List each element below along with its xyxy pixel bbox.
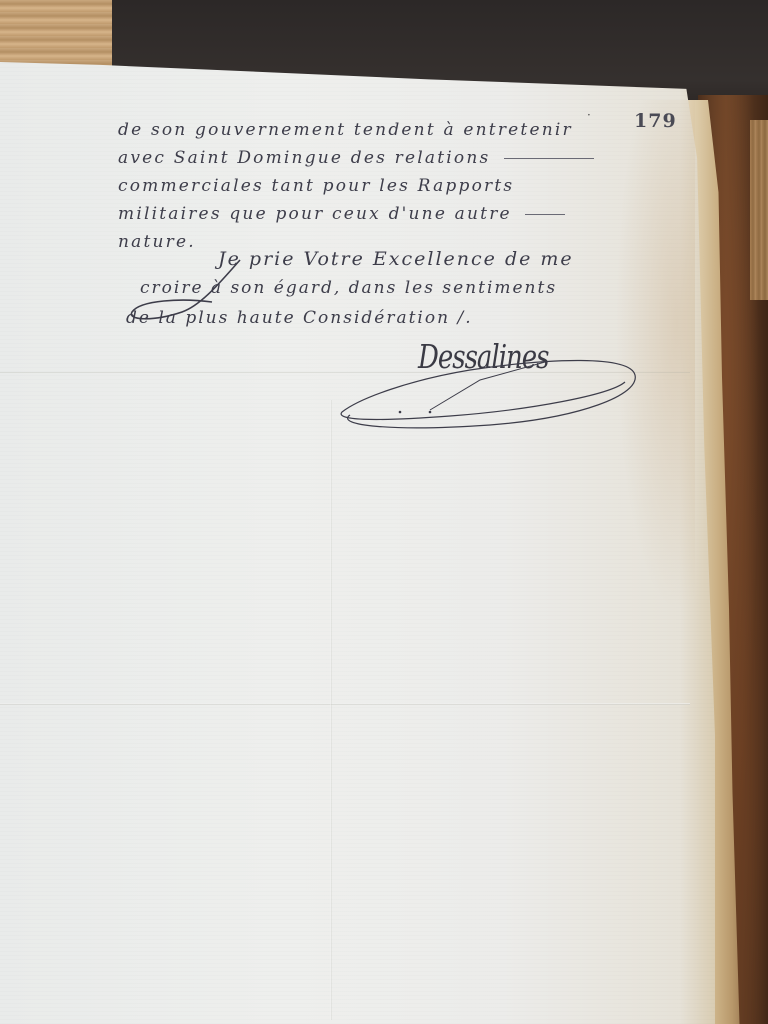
- line-filler-dash: [525, 214, 565, 215]
- body-line-text: militaires que pour ceux d'une autre: [118, 204, 512, 224]
- closing-line: Je prie Votre Excellence de me: [118, 248, 698, 278]
- fold-crease-vertical: [330, 400, 332, 1020]
- fold-crease-horizontal: [0, 703, 690, 705]
- line-filler-dash: [504, 158, 594, 159]
- closing-line-text: croire à son égard, dans les sentiments: [140, 278, 557, 298]
- body-line-text: de son gouvernement tendent à entretenir: [118, 120, 573, 140]
- letter-body: de son gouvernement tendent à entretenir…: [118, 120, 693, 260]
- closing-line: croire à son égard, dans les sentiments: [118, 278, 698, 308]
- body-line: militaires que pour ceux d'une autre: [118, 204, 693, 232]
- closing-line-text: Je prie Votre Excellence de me: [218, 248, 574, 270]
- body-line: de son gouvernement tendent à entretenir: [118, 120, 693, 148]
- table-wood: [0, 0, 112, 70]
- body-line-text: avec Saint Domingue des relations: [118, 148, 490, 168]
- signature-paraph-icon: [330, 340, 650, 435]
- body-line: avec Saint Domingue des relations: [118, 148, 693, 176]
- closing-line-text: de la plus haute Considération /.: [126, 308, 473, 328]
- closing-line: de la plus haute Considération /.: [118, 308, 698, 338]
- table-wood-right: [750, 120, 768, 300]
- letter-closing: Je prie Votre Excellence de me croire à …: [118, 248, 698, 338]
- body-line-text: commerciales tant pour les Rapports: [118, 176, 514, 196]
- body-line: commerciales tant pour les Rapports: [118, 176, 693, 204]
- photo-scene: · 179 de son gouvernement tendent à entr…: [0, 0, 768, 1024]
